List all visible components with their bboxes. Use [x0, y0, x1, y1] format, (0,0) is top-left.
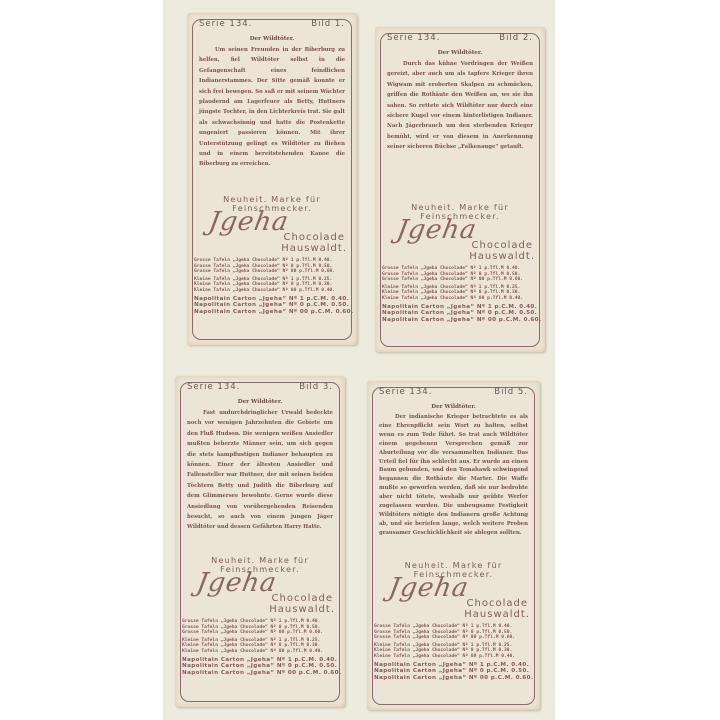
price-line: Napolitain Carton „Jgeha“ Nº 00 p.C.M. 0…	[382, 317, 545, 324]
brand-logo-jgeha: Jgeha	[395, 219, 547, 241]
bild-label: Bild 3.	[299, 382, 333, 392]
advertisement-block: Neuheit. Marke für Feinschmecker. Jgeha …	[375, 203, 545, 325]
price-line: Kleine Tafeln „Jgeha Chocolade“ Nº 00 p.…	[382, 296, 545, 302]
price-line: Napolitain Carton „Jgeha“ Nº 0 p.C.M. 0.…	[382, 310, 545, 317]
price-line: Kleine Tafeln „Jgeha Chocolade“ Nº 00 p.…	[374, 654, 540, 660]
price-line: Napolitain Carton „Jgeha“ Nº 0 p.C.M. 0.…	[182, 663, 345, 670]
price-group-grosse: Grosse Tafeln „Jgeha Chocolade“ Nº 1 p.T…	[374, 624, 540, 641]
price-line: Napolitain Carton „Jgeha“ Nº 0 p.C.M. 0.…	[374, 668, 540, 675]
price-group-kleine: Kleine Tafeln „Jgeha Chocolade“ Nº 1 p.T…	[194, 277, 357, 294]
advertisement-block: Neuheit. Marke für Feinschmecker. Jgeha …	[367, 561, 540, 683]
trading-card-bild-2: Serie 134.Bild 2. Der Wildtöter. Durch d…	[375, 27, 545, 352]
trading-card-bild-5: Serie 134.Bild 5. Der Wildtöter. Der ind…	[367, 381, 540, 710]
price-group-napolitain: Napolitain Carton „Jgeha“ Nº 1 p.C.M. 0.…	[194, 296, 357, 316]
serie-label: Serie 134.	[187, 382, 240, 392]
card-text: Durch das kühne Vordringen der Weißen ge…	[381, 59, 539, 153]
price-line: Kleine Tafeln „Jgeha Chocolade“ Nº 00 p.…	[182, 649, 345, 655]
bild-label: Bild 1.	[311, 19, 345, 29]
price-line: Kleine Tafeln „Jgeha Chocolade“ Nº 00 p.…	[194, 288, 357, 294]
card-title: Der Wildtöter.	[181, 399, 339, 405]
brand-maker: Hauswaldt.	[175, 604, 345, 616]
price-group-grosse: Grosse Tafeln „Jgeha Chocolade“ Nº 1 p.T…	[194, 258, 357, 275]
price-line: Napolitain Carton „Jgeha“ Nº 0 p.C.M. 0.…	[194, 302, 357, 309]
card-text: Um seinen Freunden in der Biberburg zu h…	[193, 45, 351, 170]
brand-logo-jgeha: Jgeha	[207, 211, 359, 233]
price-line: Grosse Tafeln „Jgeha Chocolade“ Nº 00 p.…	[194, 269, 357, 275]
brand-maker: Hauswaldt.	[367, 609, 540, 621]
bild-label: Bild 5.	[494, 387, 528, 397]
price-line: Grosse Tafeln „Jgeha Chocolade“ Nº 00 p.…	[182, 630, 345, 636]
price-line: Grosse Tafeln „Jgeha Chocolade“ Nº 00 p.…	[382, 277, 545, 283]
serie-label: Serie 134.	[387, 33, 440, 43]
serie-label: Serie 134.	[199, 19, 252, 29]
price-group-grosse: Grosse Tafeln „Jgeha Chocolade“ Nº 1 p.T…	[382, 266, 545, 283]
price-group-grosse: Grosse Tafeln „Jgeha Chocolade“ Nº 1 p.T…	[182, 619, 345, 636]
trading-card-bild-1: Serie 134.Bild 1. Der Wildtöter. Um sein…	[187, 13, 357, 345]
brand-logo-jgeha: Jgeha	[195, 572, 347, 594]
bild-label: Bild 2.	[499, 33, 533, 43]
card-text: Der indianische Krieger betrachtete es a…	[373, 413, 534, 538]
card-text: Fast undurchdringlicher Urwald bedeckte …	[181, 408, 339, 533]
price-group-kleine: Kleine Tafeln „Jgeha Chocolade“ Nº 1 p.T…	[382, 285, 545, 302]
brand-maker: Hauswaldt.	[375, 251, 545, 263]
price-list: Grosse Tafeln „Jgeha Chocolade“ Nº 1 p.T…	[367, 624, 540, 681]
card-title: Der Wildtöter.	[381, 50, 539, 56]
trading-card-bild-3: Serie 134.Bild 3. Der Wildtöter. Fast un…	[175, 376, 345, 707]
card-title: Der Wildtöter.	[193, 36, 351, 42]
price-group-napolitain: Napolitain Carton „Jgeha“ Nº 1 p.C.M. 0.…	[182, 657, 345, 677]
advertisement-block: Neuheit. Marke für Feinschmecker. Jgeha …	[175, 556, 345, 678]
price-line: Grosse Tafeln „Jgeha Chocolade“ Nº 00 p.…	[374, 635, 540, 641]
price-list: Grosse Tafeln „Jgeha Chocolade“ Nº 1 p.T…	[375, 266, 545, 323]
price-group-kleine: Kleine Tafeln „Jgeha Chocolade“ Nº 1 p.T…	[182, 638, 345, 655]
price-line: Napolitain Carton „Jgeha“ Nº 00 p.C.M. 0…	[194, 309, 357, 316]
advertisement-block: Neuheit. Marke für Feinschmecker. Jgeha …	[187, 195, 357, 317]
price-group-napolitain: Napolitain Carton „Jgeha“ Nº 1 p.C.M. 0.…	[382, 304, 545, 324]
price-list: Grosse Tafeln „Jgeha Chocolade“ Nº 1 p.T…	[187, 258, 357, 315]
brand-maker: Hauswaldt.	[187, 243, 357, 255]
brand-logo-jgeha: Jgeha	[387, 577, 542, 599]
price-list: Grosse Tafeln „Jgeha Chocolade“ Nº 1 p.T…	[175, 619, 345, 676]
price-line: Napolitain Carton „Jgeha“ Nº 00 p.C.M. 0…	[374, 675, 540, 682]
price-group-kleine: Kleine Tafeln „Jgeha Chocolade“ Nº 1 p.T…	[374, 643, 540, 660]
price-line: Napolitain Carton „Jgeha“ Nº 00 p.C.M. 0…	[182, 670, 345, 677]
serie-label: Serie 134.	[379, 387, 432, 397]
price-group-napolitain: Napolitain Carton „Jgeha“ Nº 1 p.C.M. 0.…	[374, 662, 540, 682]
card-title: Der Wildtöter.	[373, 404, 534, 410]
